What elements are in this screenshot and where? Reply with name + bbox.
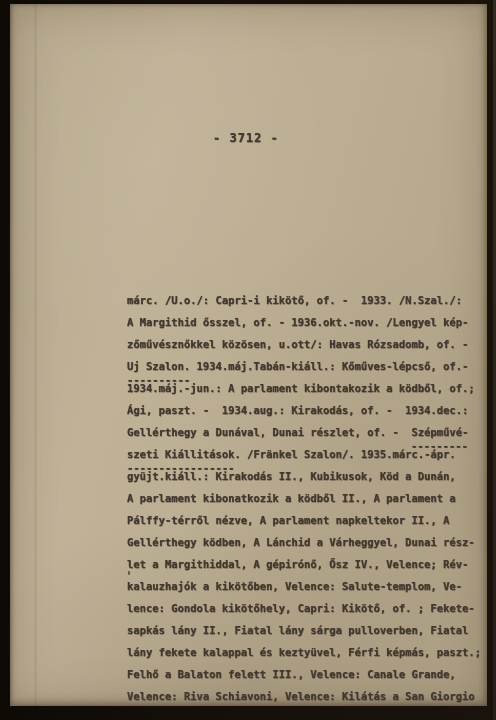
photo-background: - 3712 - márc. /U.o./: Capri-i kikötő, o… — [0, 0, 496, 720]
text-line: kalauzhajók a kikötőben, Velence: Salute… — [127, 576, 483, 598]
document-page: - 3712 - márc. /U.o./: Capri-i kikötő, o… — [10, 4, 487, 706]
text-line: lence: Gondola kikötőhely, Capri: Kikötő… — [127, 598, 483, 620]
page-number: - 3712 - — [213, 131, 279, 145]
underline-dashes: ---------- — [127, 370, 190, 392]
paper-crease — [34, 4, 37, 706]
text-line: Pálffy-térről nézve, A parlament napkelt… — [127, 510, 483, 532]
stray-ink-mark — [128, 571, 130, 575]
text-line: lány fekete kalappal és keztyüvel, Férfi… — [127, 642, 483, 664]
text-line: Felhő a Balaton felett III., Velence: Ca… — [127, 664, 483, 686]
text-line: Ági, paszt. - 1934.aug.: Kirakodás, of. … — [127, 400, 483, 422]
text-line: zőművésznőkkel közösen, u.ott/: Havas Ró… — [127, 334, 483, 356]
text-line: márc. /U.o./: Capri-i kikötő, of. - 1933… — [127, 290, 483, 312]
text-line: Gellérthegy ködben, A Lánchid a Várheggy… — [127, 532, 483, 554]
underline-dashes: --------- — [411, 436, 468, 458]
underline-dashes: ----------------- — [127, 458, 234, 480]
typewritten-text-block: márc. /U.o./: Capri-i kikötő, of. - 1933… — [127, 290, 483, 708]
text-line: sapkás lány II., Fiatal lány sárga pullo… — [127, 620, 483, 642]
text-line: let a Margithiddal, A gépirónő, Ősz IV.,… — [127, 554, 483, 576]
text-line: Velence: Riva Schiavoni, Velence: Kilátá… — [127, 686, 483, 708]
text-line: A Margithid ősszel, of. - 1936.okt.-nov.… — [127, 312, 483, 334]
text-line: A parlament kibonatkozik a ködből II., A… — [127, 488, 483, 510]
